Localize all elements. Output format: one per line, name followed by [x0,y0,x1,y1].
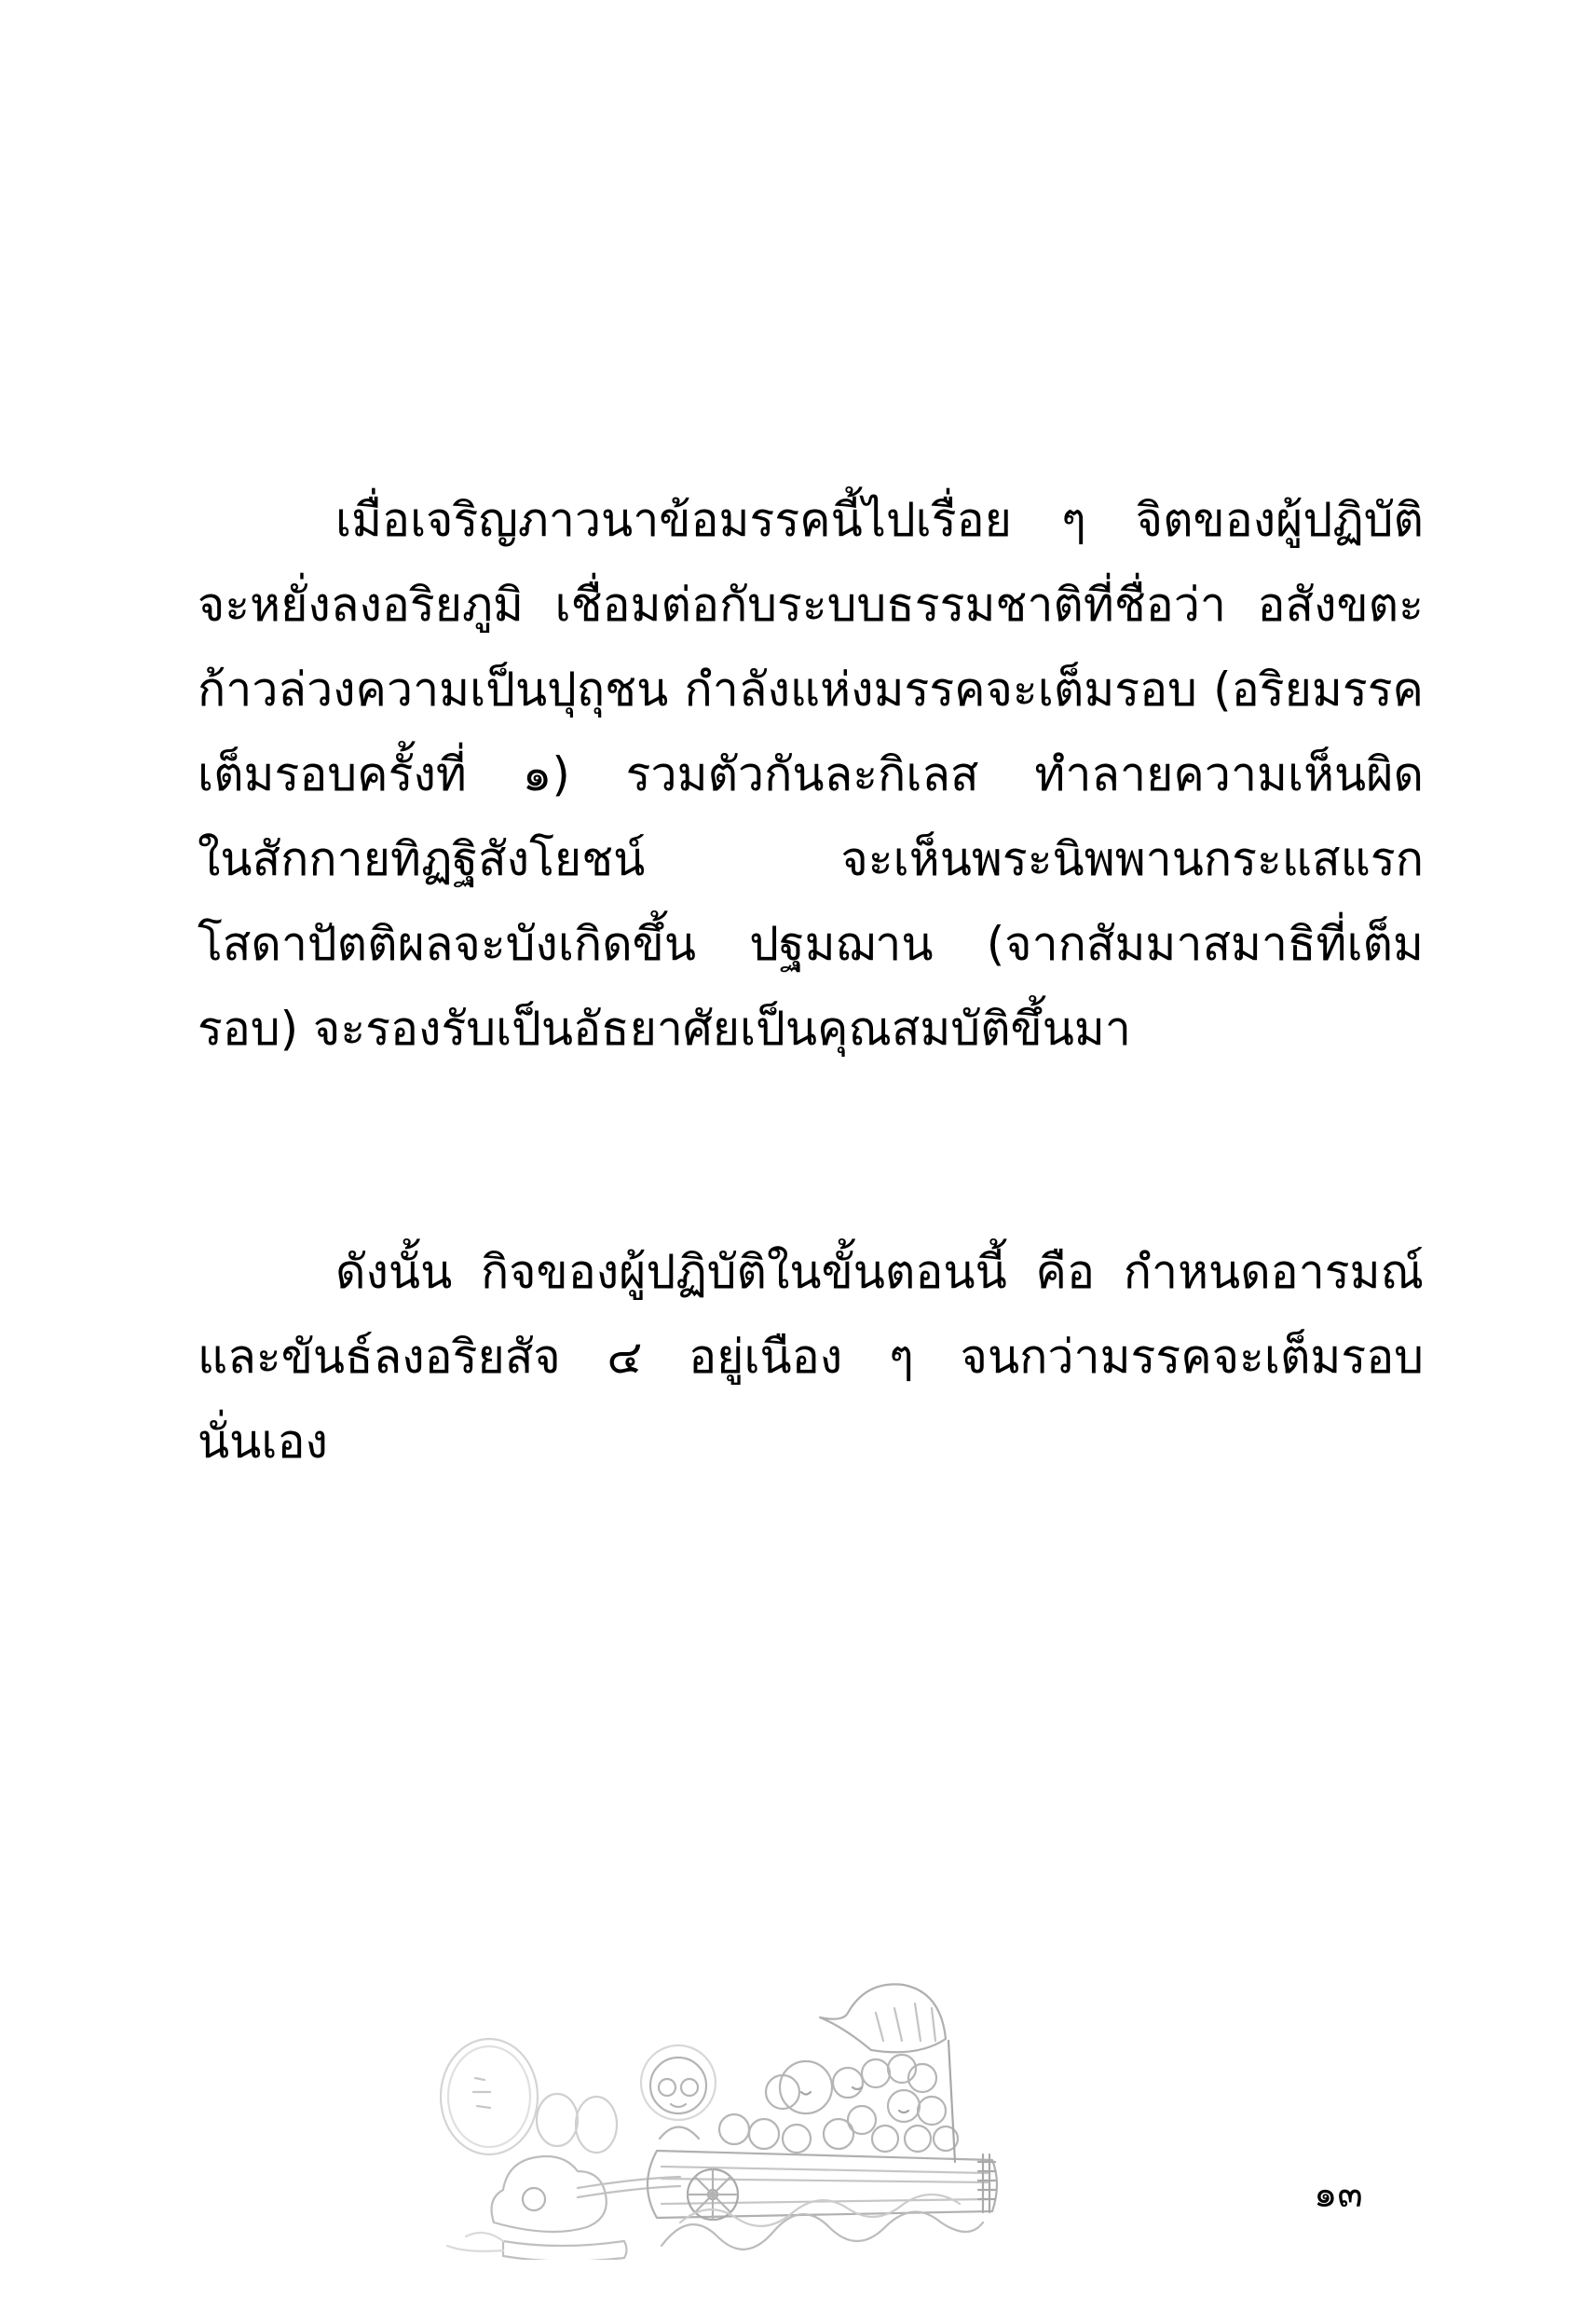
text-line: เต็มรอบครั้งที่ ๑) รวมตัวกันละกิเลส ทำลา… [198,732,1424,817]
page-number: ๑๓ [1314,2171,1363,2218]
text-line: รอบ) จะรองรับเป็นอัธยาศัยเป็นคุณสมบัติขึ… [198,987,1424,1072]
text-line: โสดาปัตติผลจะบังเกิดขึ้น ปฐมฌาน (จากสัมม… [198,902,1424,987]
text-line: นั่นเอง [198,1400,1424,1484]
document-page: เมื่อเจริญภาวนาข้อมรรคนี้ไปเรื่อย ๆ จิตข… [0,0,1596,2311]
text-line: จะหยั่งลงอริยภูมิ เชื่อมต่อกับระบบธรรมชา… [198,563,1424,648]
paragraph-2: ดังนั้น กิจของผู้ปฏิบัติในขั้นตอนนี้ คือ… [198,1230,1424,1484]
text-line: ก้าวล่วงความเป็นปุถุชน กำลังแห่งมรรคจะเต… [198,648,1424,732]
paragraph-1: เมื่อเจริญภาวนาข้อมรรคนี้ไปเรื่อย ๆ จิตข… [198,478,1424,1072]
text-line: ดังนั้น กิจของผู้ปฏิบัติในขั้นตอนนี้ คือ… [198,1230,1424,1315]
boat-sketch-illustration [438,1938,1165,2260]
text-line: และขันธ์ลงอริยสัจ ๔ อยู่เนือง ๆ จนกว่ามร… [198,1315,1424,1400]
text-line: เมื่อเจริญภาวนาข้อมรรคนี้ไปเรื่อย ๆ จิตข… [198,478,1424,563]
text-line: ในสักกายทิฏฐิสังโยชน์ จะเห็นพระนิพพานกระ… [198,817,1424,902]
